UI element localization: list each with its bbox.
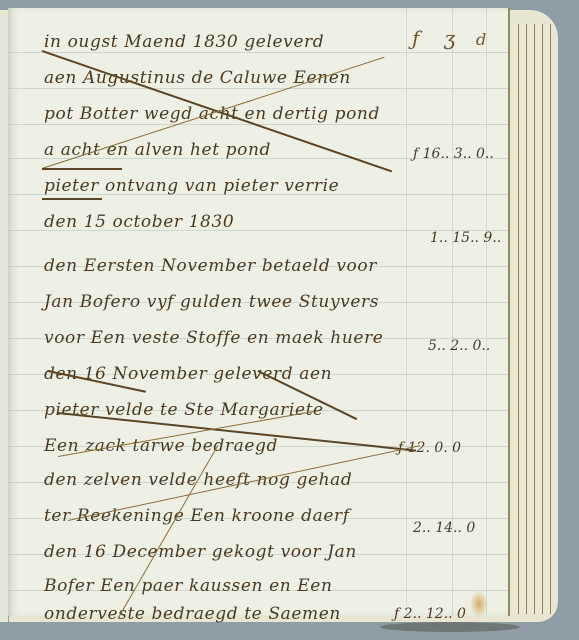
ledger-line: pot Botter wegd acht en dertig pond — [44, 104, 380, 124]
ledger-line: Jan Bofero vyf gulden twee Stuyvers — [44, 292, 379, 312]
ledger-line: Bofer Een paer kaussen en Een — [44, 576, 333, 596]
page-edge — [520, 24, 527, 614]
ledger-amount: 5.. 2.. 0.. — [428, 338, 490, 354]
guilder-header: ƒ — [412, 26, 419, 50]
ledger-amount: 2.. 14.. 0 — [413, 520, 475, 536]
ink-stain — [470, 590, 488, 618]
page-edge — [536, 24, 543, 614]
penning-header: d — [476, 30, 486, 49]
ledger-line: in ougst Maend 1830 geleverd — [44, 32, 324, 52]
ledger-line: den 15 october 1830 — [44, 212, 234, 232]
page-edge — [544, 24, 551, 614]
ledger-line: den 16 November geleverd aen — [44, 364, 332, 384]
page-edge — [528, 24, 535, 614]
ledger-line: onderveste bedraegd te Saemen — [44, 604, 341, 624]
book-shadow — [380, 622, 520, 632]
cancellation-stroke — [42, 198, 102, 200]
ledger-amount: 1.. 15.. 9.. — [430, 230, 501, 246]
ledger-line: pieter ontvang van pieter verrie — [44, 176, 339, 196]
ledger-amount: ƒ 16.. 3.. 0.. — [413, 146, 494, 162]
ledger-line: voor Een veste Stoffe en maek huere — [44, 328, 383, 348]
ledger-page: ƒ ʒ d in ougst Maend 1830 geleverd aen A… — [8, 8, 510, 616]
ledger-amount: ƒ 2.. 12.. 0 — [394, 606, 466, 622]
ledger-line: den 16 December gekogt voor Jan — [44, 542, 357, 562]
ledger-line: aen Augustinus de Caluwe Eenen — [44, 68, 351, 88]
page-edge — [512, 24, 519, 614]
ledger-line: den Eersten November betaeld voor — [44, 256, 377, 276]
stuiver-header: ʒ — [444, 26, 455, 50]
cancellation-stroke — [42, 168, 122, 170]
